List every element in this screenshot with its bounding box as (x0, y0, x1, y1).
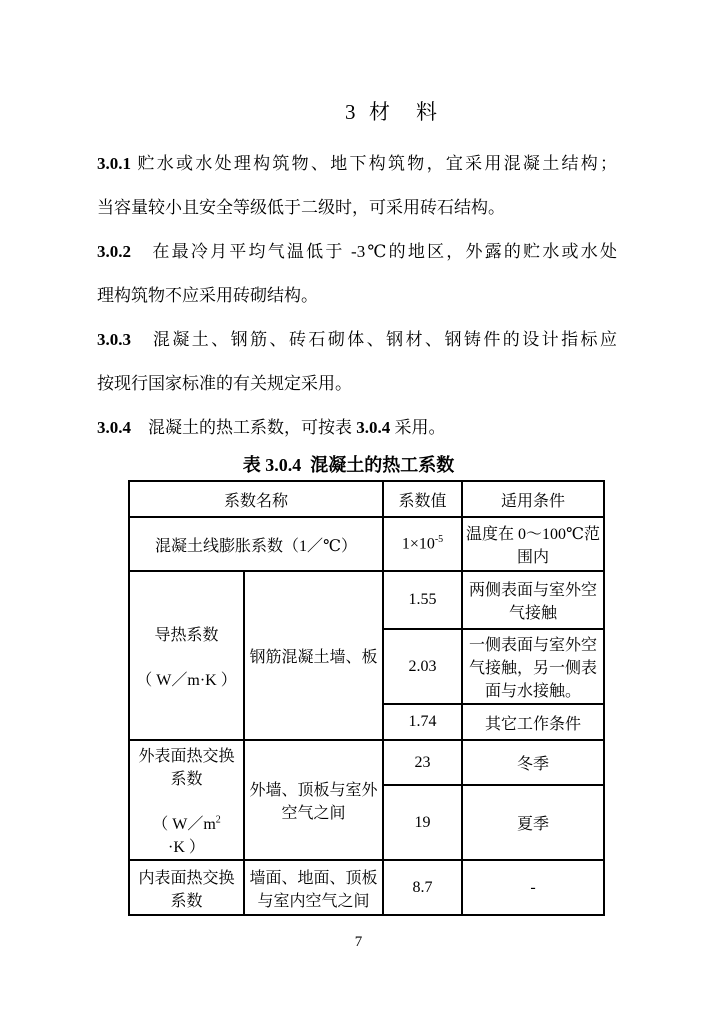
cell-internal-element: 墙面、地面、顶板与室内空气之间 (244, 860, 383, 915)
clause-number: 3.0.4 (97, 418, 131, 437)
cell-conductivity-value-2: 2.03 (383, 629, 462, 704)
paragraph-line: 按现行国家标准的有关规定采用。 (97, 362, 617, 406)
cell-conductivity-element: 钢筋混凝土墙、板 (244, 571, 383, 740)
unit-tail: ·K ） (168, 839, 205, 856)
body-text: 3.0.1 贮水或水处理构筑物、地下构筑物，宜采用混凝土结构； 当容量较小且安全… (97, 142, 617, 450)
clause-text: 贮水或水处理构筑物、地下构筑物，宜采用混凝土结构； (131, 154, 617, 173)
table-row-conductivity-1: 导热系数 （ W／m·K ） 钢筋混凝土墙、板 1.55 两侧表面与室外空气接触 (129, 571, 604, 629)
cell-expansion-value: 1×10-5 (383, 517, 462, 571)
cell-conductivity-name: 导热系数 （ W／m·K ） (129, 571, 244, 740)
cell-conductivity-condition-2: 一侧表面与室外空气接触，另一侧表面与水接触。 (462, 629, 604, 704)
cell-external-condition-2: 夏季 (462, 785, 604, 860)
paragraph-line: 理构筑物不应采用砖砌结构。 (97, 274, 617, 318)
paragraph-3-0-2: 3.0.2 在最冷月平均气温低于 -3℃的地区，外露的贮水或水处 理构筑物不应采… (97, 230, 617, 318)
paragraph-line: 3.0.2 在最冷月平均气温低于 -3℃的地区，外露的贮水或水处 (97, 230, 617, 274)
coefficient-unit: （ W／m2 ·K ） (133, 811, 240, 857)
table-header-row: 系数名称 系数值 适用条件 (129, 481, 604, 517)
table-row-expansion: 混凝土线膨胀系数（1／℃） 1×10-5 温度在 0～100℃范围内 (129, 517, 604, 571)
cell-internal-value: 8.7 (383, 860, 462, 915)
clause-text: 混凝土、钢筋、砖石砌体、钢材、钢铸件的设计指标应 (131, 330, 617, 349)
cell-conductivity-condition-3: 其它工作条件 (462, 704, 604, 740)
value-base: 1×10 (402, 536, 435, 553)
cell-conductivity-condition-1: 两侧表面与室外空气接触 (462, 571, 604, 629)
paragraph-line: 3.0.4 混凝土的热工系数，可按表 3.0.4 采用。 (97, 406, 617, 450)
value-exponent: -5 (435, 534, 443, 545)
header-coefficient-value: 系数值 (383, 481, 462, 517)
cell-internal-condition: - (462, 860, 604, 915)
clause-text: 当容量较小且安全等级低于二级时，可采用砖石结构。 (97, 198, 505, 217)
coefficient-name: 外表面热交换系数 (133, 743, 240, 789)
header-coefficient-name: 系数名称 (129, 481, 383, 517)
cell-conductivity-value-1: 1.55 (383, 571, 462, 629)
paragraph-3-0-1: 3.0.1 贮水或水处理构筑物、地下构筑物，宜采用混凝土结构； 当容量较小且安全… (97, 142, 617, 230)
cell-internal-name: 内表面热交换系数 (129, 860, 244, 915)
cell-external-condition-1: 冬季 (462, 740, 604, 785)
page-number: 7 (0, 932, 717, 952)
cell-external-value-1: 23 (383, 740, 462, 785)
thermal-coefficients-table: 系数名称 系数值 适用条件 混凝土线膨胀系数（1／℃） 1×10-5 温度在 0… (128, 480, 605, 916)
cell-expansion-name: 混凝土线膨胀系数（1／℃） (129, 517, 383, 571)
table-row-internal: 内表面热交换系数 墙面、地面、顶板与室内空气之间 8.7 - (129, 860, 604, 915)
clause-text: 按现行国家标准的有关规定采用。 (97, 374, 352, 393)
coefficient-unit: （ W／m·K ） (133, 667, 240, 690)
cell-expansion-condition: 温度在 0～100℃范围内 (462, 517, 604, 571)
clause-text: 混凝土的热工系数，可按表 (131, 418, 356, 437)
table-title: 表 3.0.4 混凝土的热工系数 (0, 450, 717, 480)
table-row-external-1: 外表面热交换系数 （ W／m2 ·K ） 外墙、顶板与室外空气之间 23 冬季 (129, 740, 604, 785)
clause-text: 在最冷月平均气温低于 -3℃的地区，外露的贮水或水处 (131, 242, 617, 261)
unit-base: （ W／m (152, 816, 216, 833)
chapter-title: 3 材 料 (0, 90, 717, 134)
table-reference: 3.0.4 (356, 418, 390, 437)
paragraph-line: 3.0.3 混凝土、钢筋、砖石砌体、钢材、钢铸件的设计指标应 (97, 318, 617, 362)
clause-number: 3.0.3 (97, 330, 131, 349)
coefficient-name: 导热系数 (133, 622, 240, 645)
clause-number: 3.0.1 (97, 154, 131, 173)
clause-number: 3.0.2 (97, 242, 131, 261)
header-applicable-condition: 适用条件 (462, 481, 604, 517)
clause-text: 理构筑物不应采用砖砌结构。 (97, 286, 318, 305)
paragraph-3-0-4: 3.0.4 混凝土的热工系数，可按表 3.0.4 采用。 (97, 406, 617, 450)
cell-external-name: 外表面热交换系数 （ W／m2 ·K ） (129, 740, 244, 860)
paragraph-line: 当容量较小且安全等级低于二级时，可采用砖石结构。 (97, 186, 617, 230)
clause-text: 采用。 (390, 418, 445, 437)
cell-conductivity-value-3: 1.74 (383, 704, 462, 740)
cell-external-value-2: 19 (383, 785, 462, 860)
document-page: 3 材 料 3.0.1 贮水或水处理构筑物、地下构筑物，宜采用混凝土结构； 当容… (0, 0, 717, 1012)
paragraph-line: 3.0.1 贮水或水处理构筑物、地下构筑物，宜采用混凝土结构； (97, 142, 617, 186)
paragraph-3-0-3: 3.0.3 混凝土、钢筋、砖石砌体、钢材、钢铸件的设计指标应 按现行国家标准的有… (97, 318, 617, 406)
unit-exponent: 2 (216, 815, 221, 826)
cell-external-element: 外墙、顶板与室外空气之间 (244, 740, 383, 860)
